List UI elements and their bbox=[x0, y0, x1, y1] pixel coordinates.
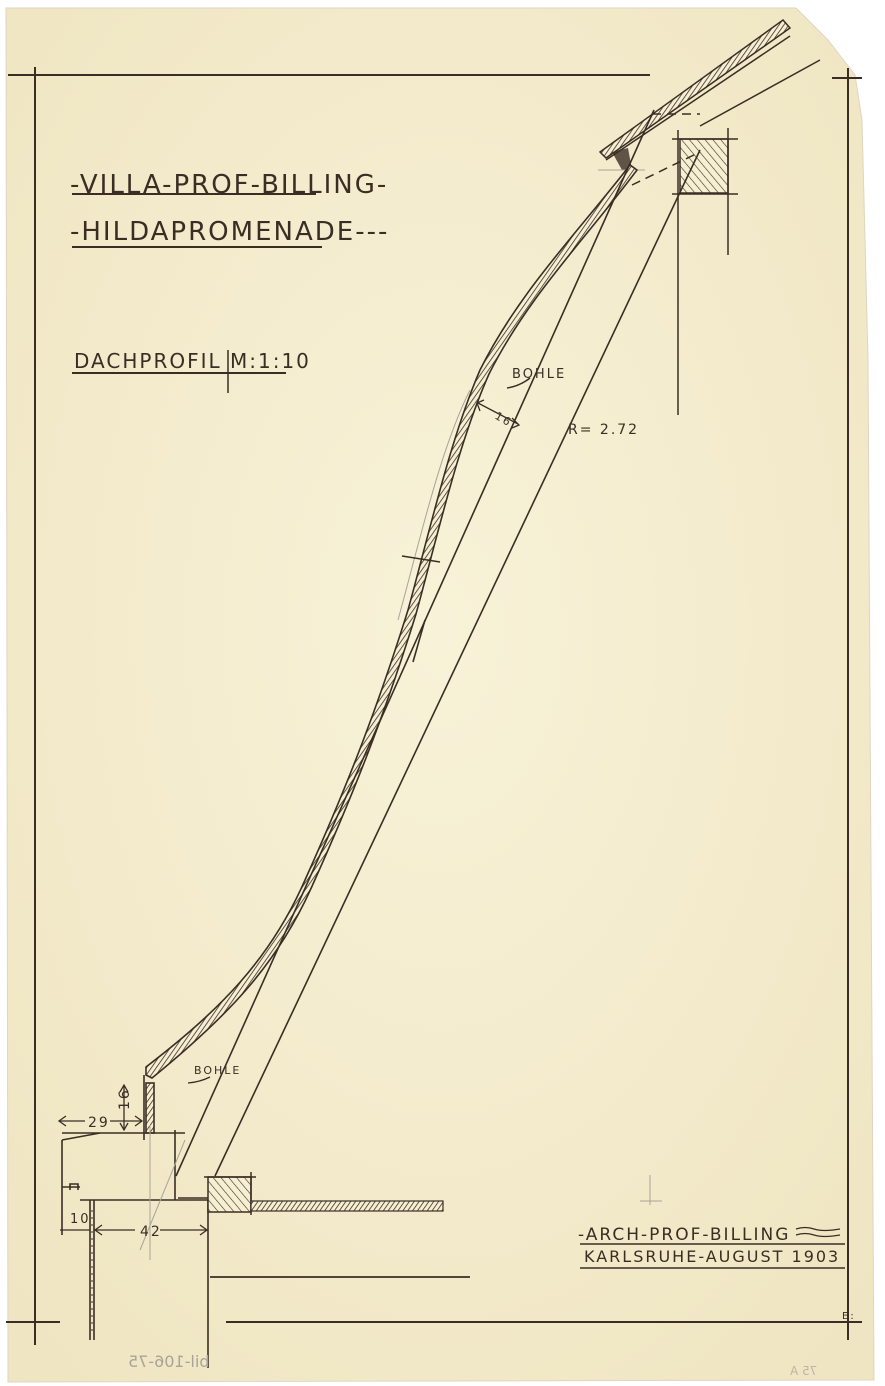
bohle-label-upper: BOHLE bbox=[512, 367, 566, 382]
dim-16: 16 bbox=[117, 1088, 133, 1110]
dim-29: 29 bbox=[88, 1115, 110, 1131]
corner-mark: E: bbox=[842, 1311, 856, 1322]
drawing-subtitle: DACHPROFIL M:1:10 bbox=[74, 349, 311, 373]
title-line-2: -HILDAPROMENADE--- bbox=[70, 217, 389, 247]
drawing-sheet: -VILLA-PROF-BILLING- -HILDAPROMENADE--- … bbox=[0, 0, 885, 1386]
bohle-label-lower: BOHLE bbox=[194, 1064, 241, 1077]
dim-10: 10 bbox=[70, 1212, 91, 1227]
roof-profile-drawing: -VILLA-PROF-BILLING- -HILDAPROMENADE--- … bbox=[0, 0, 885, 1386]
title-line-1: -VILLA-PROF-BILLING- bbox=[70, 170, 388, 200]
signature-line-2: KARLSRUHE-AUGUST 1903 bbox=[584, 1247, 840, 1266]
lower-beam-section bbox=[204, 1172, 256, 1215]
paper bbox=[6, 8, 874, 1382]
radius-label: R= 2.72 bbox=[568, 422, 639, 438]
archive-stamp-right: 75 A bbox=[789, 1364, 817, 1378]
archive-stamp: bil-106-75 bbox=[128, 1352, 210, 1371]
signature-line-1: -ARCH-PROF-BILLING bbox=[578, 1225, 790, 1245]
floor-boards bbox=[251, 1201, 443, 1211]
dim-42: 42 bbox=[140, 1224, 162, 1240]
